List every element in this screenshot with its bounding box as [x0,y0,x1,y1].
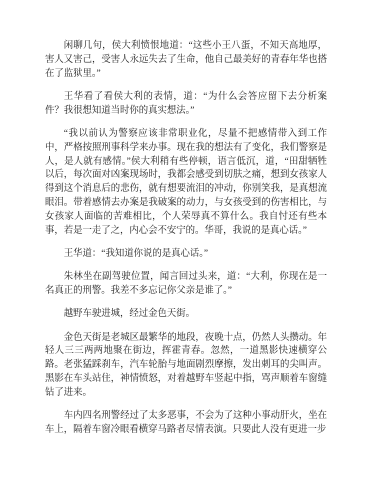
novel-paragraph: 车内四名刑警经过了太多恶事，不会为了这种小事动肝火，坐在车上，隔着车窗冷眼看横穿… [45,410,327,438]
novel-paragraph: 闲聊几句，侯大利愤恨地道：“这些小王八蛋，不知天高地厚，害人又害己，受害人永远失… [45,40,327,81]
novel-paragraph: 越野车驶进城，经过金色天街。 [45,308,327,322]
novel-paragraph: 朱林坐在副驾驶位置，闻言回过头来，道：“大利，你现在是一名真正的刑警。我差不多忘… [45,271,327,299]
novel-paragraph: 王华看了看侯大利的表情，道：“为什么会答应留下去分析案件？我很想知道当时你的真实… [45,91,327,119]
reader-page: 闲聊几句，侯大利愤恨地道：“这些小王八蛋，不知天高地厚，害人又害己，受害人永远失… [0,0,370,480]
novel-paragraph: 金色天街是老城区最繁华的地段，夜晚十点，仍然人头攒动。年轻人三三两两地聚在街边，… [45,332,327,401]
novel-paragraph: 王华道：“我知道你说的是真心话。” [45,248,327,262]
novel-text-block: 闲聊几句，侯大利愤恨地道：“这些小王八蛋，不知天高地厚，害人又害己，受害人永远失… [45,40,327,447]
novel-paragraph: “我以前认为警察应该非常职业化，尽量不把感情带入到工作中，严格按照刑事科学来办事… [45,128,327,238]
